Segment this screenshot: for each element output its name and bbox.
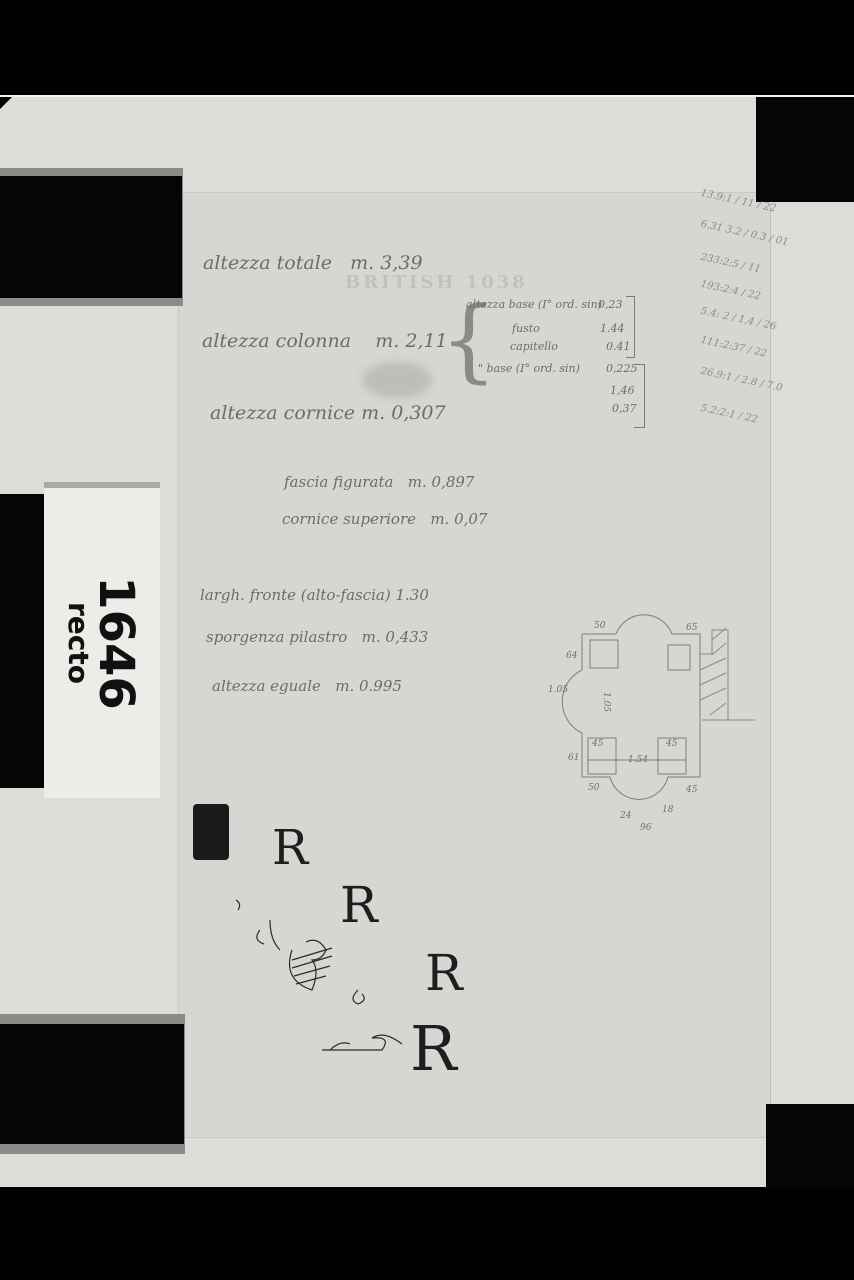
note-value: m. 0,07 [430, 510, 487, 528]
note-value: m. 3,39 [350, 252, 422, 274]
archive-label: 1646 recto [44, 488, 160, 798]
faded-stamp: BRITISH 1038 [345, 272, 528, 293]
note-label: altezza colonna [202, 330, 351, 352]
margin-calculations: 13.9:1 / 11 / 22 6.31 3.2 / 0.3 / 01 233… [700, 195, 770, 433]
svg-text:1.54: 1.54 [628, 755, 648, 765]
sketch-letter-r-1: R [272, 820, 308, 876]
clip-top-left [0, 176, 182, 298]
breakdown-value: 0,37 [612, 402, 637, 415]
svg-text:1.05: 1.05 [601, 692, 611, 712]
note-value: m. 0,433 [362, 628, 429, 646]
bracket-group1 [626, 296, 635, 358]
svg-text:65: 65 [686, 623, 698, 633]
note-sporgenza-pilastro: sporgenza pilastro m. 0,433 [206, 628, 428, 646]
breakdown-value: 1.44 [600, 322, 625, 335]
calc-line: 233:2:5 / 11 [700, 252, 771, 277]
svg-text:64: 64 [566, 651, 578, 661]
breakdown-label: capitello [510, 340, 558, 353]
corner-tab [0, 97, 12, 109]
note-label: cornice superiore [282, 510, 416, 528]
calc-line: 5.4: 2 / 1,4 / 26 [700, 306, 771, 331]
svg-text:96: 96 [640, 823, 652, 833]
note-label: largh. fronte (alto-fascia) [200, 586, 391, 604]
breakdown-label: altezza base (I° ord. sin) [466, 298, 602, 311]
svg-text:1.05: 1.05 [548, 685, 568, 695]
calc-line: 5.2:2:1 / 22 [700, 403, 771, 428]
svg-text:45: 45 [665, 739, 678, 749]
breakdown-value: 1,46 [610, 384, 635, 397]
note-value: m. 0,307 [361, 402, 446, 424]
note-altezza-cornice: altezza cornice m. 0,307 [210, 402, 446, 424]
profile-sketches [230, 890, 430, 1060]
note-altezza-totale: altezza totale m. 3,39 [203, 252, 423, 274]
sketch-letter-r-3: R [425, 944, 463, 1002]
clip-top-right [756, 97, 854, 202]
svg-text:45: 45 [591, 739, 604, 749]
svg-text:61: 61 [568, 753, 579, 763]
mount-top-edge [0, 95, 854, 97]
note-value: 1.30 [395, 586, 428, 604]
calc-line: 111:2:37 / 22 [700, 335, 771, 360]
svg-text:50: 50 [588, 783, 600, 793]
note-altezza-eguale: altezza eguale m. 0.995 [212, 677, 402, 695]
note-largh-fronte: largh. fronte (alto-fascia) 1.30 [200, 586, 429, 604]
note-value: m. 0.995 [335, 677, 402, 695]
breakdown-value: 0,225 [606, 362, 638, 375]
breakdown-value: 0,23 [598, 298, 623, 311]
note-altezza-colonna: altezza colonna m. 2,11 [202, 330, 448, 352]
svg-text:24: 24 [619, 811, 632, 821]
note-value: m. 0,897 [408, 473, 475, 491]
charcoal-swatch [193, 804, 229, 860]
clip-bottom-right [766, 1104, 854, 1188]
stain [362, 362, 432, 398]
svg-text:45: 45 [685, 785, 698, 795]
calc-line: 6.31 3.2 / 0.3 / 01 [700, 219, 771, 244]
note-cornice-superiore: cornice superiore m. 0,07 [282, 510, 487, 528]
note-label: altezza eguale [212, 677, 321, 695]
note-label: altezza cornice [210, 402, 355, 424]
svg-text:50: 50 [594, 621, 606, 631]
floor-plan-drawing: 50 65 64 1.05 1.05 61 45 45 1.54 50 45 2… [540, 600, 770, 840]
breakdown-label: " base (I° ord. sin) [478, 362, 580, 375]
breakdown-label: fusto [512, 322, 540, 335]
bracket-group2 [634, 364, 645, 428]
clip-bottom-left [0, 1024, 184, 1144]
breakdown-row: altezza base (I° ord. sin) [466, 298, 602, 311]
note-value: m. 2,11 [375, 330, 447, 352]
calc-line: 193:2:4 / 22 [700, 279, 771, 304]
note-label: altezza totale [203, 252, 332, 274]
svg-text:18: 18 [662, 805, 674, 815]
calc-line: 26.9:1 / 2.8 / 7.0 [700, 366, 771, 391]
label-number: 1646 [92, 576, 140, 710]
note-label: fascia figurata [284, 473, 393, 491]
note-label: sporgenza pilastro [206, 628, 347, 646]
note-fascia-figurata: fascia figurata m. 0,897 [284, 473, 474, 491]
sheet-margin-strip [770, 205, 854, 1105]
